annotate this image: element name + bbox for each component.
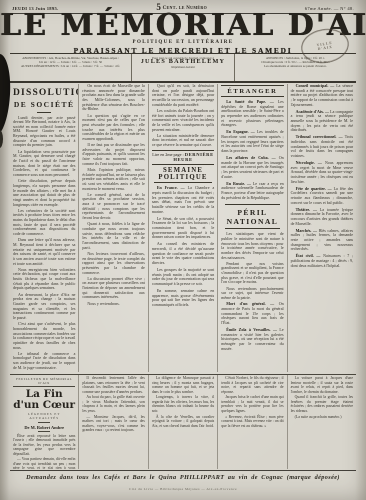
feuilleton-paragraph: La voiture parut à Jacques d'une lenteur… (291, 376, 353, 394)
news-briefs: Mort d'un général. — On annonce de Paris… (221, 302, 283, 351)
article-title-societe: DE SOCIÉTÉ (13, 100, 75, 109)
feuilleton-text: Élise avait repoussé la lettre sans l'ou… (13, 434, 75, 470)
main-columns: DISSOLUTION DE SOCIÉTÉ Lundi dernier, pa… (10, 84, 356, 372)
article-paragraph: Nos lecteurs trouveront d'ailleurs, en d… (82, 252, 144, 275)
library-stamp-text: VILLE D'AIX (316, 40, 333, 51)
article-paragraph: Nous y reviendrons. (82, 302, 144, 307)
subscription-line: AUTRES DÉPARTEMENTS : Un an : 14 fr. — 6… (12, 64, 129, 68)
article-paragraph: Au demeurant, la place d'Aix ne perdra r… (13, 293, 75, 321)
feuilleton-paragraph: Au bout du parc, la grille était ouverte… (82, 395, 144, 413)
article-paragraph: Pendant que nos voisins grandissent et s… (221, 262, 283, 285)
article-paragraph: Lundi dernier, par acte passé devant Me … (13, 116, 75, 149)
foreign-news-briefs: La Santé du Pape. — Les dépêches de Rome… (221, 100, 283, 200)
feuilleton-rubric: FEUILLETON DU MÉMORIAL D'AIX (13, 376, 75, 387)
column-3: Quoi qu'il en soit, la démission dont on… (148, 84, 217, 372)
local-news-briefs: Conseil municipal. — La séance de mardi … (291, 84, 353, 268)
article-body: On nous écrit de Marseille que la réunio… (82, 84, 144, 306)
column-4: ÉTRANGER La Santé du Pape. — Les dépêche… (217, 84, 286, 372)
feuilleton-paragraph: À la côte de Venelles, un cavalier rejoi… (152, 415, 214, 429)
feuilleton-paragraph: C'était Norbert, le fils du régisseur ; … (221, 376, 283, 394)
feuilleton-column-2: Il descendit lentement l'allée des plata… (78, 375, 147, 469)
article-paragraph: La situation ministérielle demeure donc … (152, 134, 214, 148)
news-brief: Académie d'Aix. — La compagnie a tenu je… (291, 110, 353, 133)
article-paragraph: Dans une lettre qu'il nous adresse, M. R… (13, 238, 75, 266)
library-credit-line: Cité du Livre — Bibliothèque Méjanes — A… (0, 487, 366, 491)
feuilleton-subtitle: LÉGENDES ET ACTUALITÉS (13, 412, 75, 420)
footer-rule (10, 470, 356, 471)
column-2: On nous écrit de Marseille que la réunio… (78, 84, 147, 372)
article-body: En France. — La Chambre a repris mardi l… (152, 186, 214, 307)
feuilleton-column-1: FEUILLETON DU MÉMORIAL D'AIX La Fin d'un… (10, 375, 78, 469)
article-paragraph: La question qui s'agite en ce moment n'e… (82, 114, 144, 142)
feuilleton-column-4: C'était Norbert, le fils du régisseur ; … (217, 375, 286, 469)
column-5: Conseil municipal. — La séance de mardi … (287, 84, 356, 372)
news-brief: Fête de quartier. — La fête des Cordelie… (291, 187, 353, 206)
feuilleton-paragraph: (La suite au prochain numéro.) (291, 415, 353, 420)
feuilleton-paragraph: Quand il franchit la grille, toutes les … (291, 395, 353, 413)
feuilleton-author: De M. Robert Ambre (13, 425, 75, 430)
news-brief: Les affaires de Cuba. — On mande de la H… (221, 156, 283, 179)
column-1: DISSOLUTION DE SOCIÉTÉ Lundi dernier, pa… (10, 84, 78, 372)
article-paragraph: Les créanciers de la société sont invité… (13, 209, 75, 237)
article-body: Les statistiques que vient de publier le… (221, 232, 283, 300)
feuilleton-paragraph: La diligence de Manosque passait à cinq … (152, 376, 214, 394)
feuilleton-paragraph: « Revenez, écrivait Élise ; mon père con… (221, 415, 283, 429)
article-paragraph: Les couloirs du Palais-Bourbon ont été f… (152, 109, 214, 132)
news-brief: Nécrologie. — Nous apprenons avec regret… (291, 161, 353, 184)
article-paragraph: Le tribunal de commerce a homologué l'ac… (13, 352, 75, 371)
news-brief: Marchés. — Blés calmes, affaires nulles … (291, 229, 353, 252)
news-brief: État civil. — Naissances : 7 ; publicati… (291, 254, 353, 268)
publisher-info: Pour tout ce qui concerne le Journal, s'… (131, 54, 234, 81)
section-title-semaine-politique: SEMAINE POLITIQUE (154, 167, 212, 184)
article-paragraph: Les groupes de la majorité se sont réuni… (152, 268, 214, 287)
feuilleton-column-5: La voiture parut à Jacques d'une lenteur… (287, 375, 356, 469)
article-paragraph: Quoi qu'il en soit, la démission dont on… (152, 84, 214, 107)
advertisement-line: Demandez dans tous les Cafés et Bars le … (0, 474, 366, 481)
advertising-line: Les abonnements et annonces se paient d'… (237, 64, 354, 68)
feuilleton-column-3: La diligence de Manosque passait à cinq … (148, 375, 217, 469)
news-brief: Émile Zola à Versailles. — Le romancier … (221, 328, 283, 351)
section-title-peril-national: PÉRIL NATIONAL (225, 204, 279, 229)
article-paragraph: En somme, semaine calme en apparence, ma… (152, 289, 214, 308)
last-minute-notice: Lire en 2me page : DERNIÈRE HEURE (152, 150, 214, 165)
article-paragraph: On nous écrit de Marseille que la réunio… (82, 84, 144, 112)
feuilleton-paragraph: Longtemps, à travers la vitre, il regard… (152, 395, 214, 413)
news-brief: Tribunal correctionnel. — Trois individu… (291, 135, 353, 158)
publisher-name: JULES BARTHELEMY (134, 60, 232, 64)
article-paragraph: Il ne faut pas se dissimuler que les adv… (82, 143, 144, 166)
article-paragraph: Nous enregistrons bien volontiers cette … (13, 268, 75, 291)
article-paragraph: La liquidation sera poursuivie par M. Ga… (13, 150, 75, 178)
news-brief: En Russie. — Le czar a reçu en audience … (221, 182, 283, 201)
ink-stain-small (0, 130, 3, 148)
feuilleton-paragraph: — Monsieur Jacques, dit-il, les maîtres … (82, 415, 144, 433)
ornament-rule (38, 422, 50, 423)
newspaper-front-page: JEUDI 13 Juin 1895. 5 Cent. le Numéro 67… (0, 0, 366, 500)
ornament-rule (38, 431, 50, 432)
news-brief: La Santé du Pape. — Les dépêches de Rome… (221, 100, 283, 128)
article-title-dissolution: DISSOLUTION (13, 88, 75, 98)
news-brief: Conseil municipal. — La séance de mardi … (291, 84, 353, 107)
article-body: Quoi qu'il en soit, la démission dont on… (152, 84, 214, 148)
feuilleton-paragraph: Élise avait repoussé la lettre sans l'ou… (13, 434, 75, 457)
article-paragraph: Le conseil général, saisi de la question… (82, 193, 144, 221)
feuilleton-band: FEUILLETON DU MÉMORIAL D'AIX La Fin d'un… (10, 374, 356, 469)
subscription-line: ABONNEMENTS : Aix, Bouches-du-Rhône, Var… (12, 56, 129, 60)
article-paragraph: Nous reviendrons prochainement sur ce su… (221, 287, 283, 301)
feuilleton-paragraph: Il descendit lentement l'allée des plata… (82, 376, 144, 394)
feuilleton-title: La Fin d'un Cœur (13, 389, 75, 411)
feuilleton-paragraph: Jacques brisa le cachet d'une main qui t… (221, 395, 283, 413)
article-paragraph: Quant à nous, fidèles à la ligne de cond… (82, 222, 144, 250)
article-paragraph: Cette dissolution, prévue depuis longtem… (13, 179, 75, 207)
news-brief: Mort d'un général. — On annonce de Paris… (221, 302, 283, 325)
article-paragraph: Au conseil des ministres de mercredi, il… (152, 242, 214, 265)
news-brief: En Espagne. — Les troubles de Barcelone … (221, 130, 283, 153)
ornament-rule (37, 112, 51, 113)
news-brief: Théâtre. — La tournée lyrique donnera di… (291, 208, 353, 227)
publisher-role: Imprimeur-Gérant (134, 65, 232, 69)
subscription-info: ABONNEMENTS : Aix, Bouches-du-Rhône, Var… (10, 54, 131, 81)
feuilleton-paragraph: — Vous partirez demain, dit-elle enfin d… (13, 457, 75, 469)
section-title-etranger: ÉTRANGER (221, 85, 283, 97)
article-paragraph: Le Sénat, de son côté, a poursuivi l'exa… (152, 217, 214, 240)
article-paragraph: Mais l'opinion publique, mieux éclairée … (82, 168, 144, 191)
article-body: Lundi dernier, par acte passé devant Me … (13, 116, 75, 371)
article-paragraph: La discussion promet d'être vive ; on as… (82, 277, 144, 300)
article-paragraph: Les statistiques que vient de publier le… (221, 232, 283, 260)
article-paragraph: En France. — La Chambre a repris mardi l… (152, 186, 214, 214)
header-info-row: ABONNEMENTS : Aix, Bouches-du-Rhône, Var… (10, 53, 356, 83)
article-paragraph: C'est ainsi que s'achèvent, le plus hono… (13, 322, 75, 350)
